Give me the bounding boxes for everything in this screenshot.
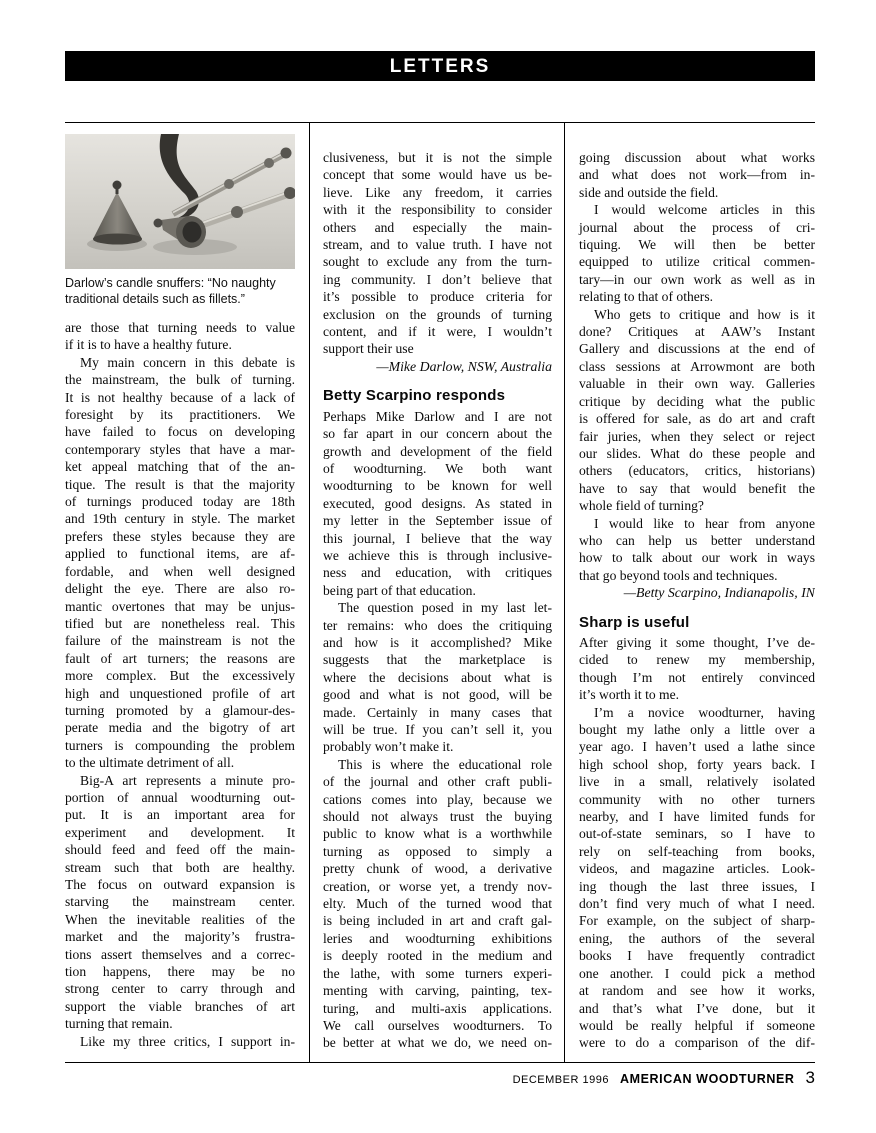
text-line: tique. The result is that the majority [65, 476, 295, 493]
text-line: will be true. If you can’t sell it, you [323, 721, 552, 738]
text-line: with it the responsibility to consider [323, 201, 552, 218]
text-line: pretty chunk of wood, a derivative [323, 860, 552, 877]
text-line: my letter in the September issue of [323, 512, 552, 529]
text-line: contemporary styles that have a mar- [65, 441, 295, 458]
text-line: have to say that would benefit the [579, 480, 815, 497]
text-line: experiment and development. It [65, 824, 295, 841]
text-line: others (educators, critics, historians) [579, 462, 815, 479]
text-line: tions assert themselves and a correc- [65, 946, 295, 963]
text-line: growth and development of the field [323, 443, 552, 460]
text-line: side and outside the field. [579, 184, 815, 201]
text-line: I would like to hear from anyone [579, 515, 815, 532]
column-1: Darlow’s candle snuffers: “No naughty tr… [65, 123, 309, 1062]
text-line: should not always trust the buying [323, 808, 552, 825]
photo-caption: Darlow’s candle snuffers: “No naughty tr… [65, 276, 295, 307]
footer-magazine: AMERICAN WOODTURNER [620, 1072, 795, 1086]
text-line: ness and education, with critiques [323, 564, 552, 581]
text-line: fair juries, when they select or reject [579, 428, 815, 445]
text-line: the lathe, with some turners experi- [323, 965, 552, 982]
text-line: For example, on the subject of sharp- [579, 912, 815, 929]
text-line: our slides. What do these people and [579, 445, 815, 462]
text-line: lieve. Like any freedom, it carries [323, 184, 552, 201]
text-line: so far apart in our concern about the [323, 425, 552, 442]
letter-signature: —Mike Darlow, NSW, Australia [323, 358, 552, 375]
text-line: turning promoted by a glamour-des- [65, 702, 295, 719]
text-line: delight the eye. There are also ro- [65, 580, 295, 597]
text-line: is offered for sale, as do art and craft [579, 410, 815, 427]
text-line: Like my three critics, I support in- [65, 1033, 295, 1050]
text-line: starving the mainstream center. [65, 893, 295, 910]
text-line: When the inevitable realities of the [65, 911, 295, 928]
text-line: high school shop, forty years back. I [579, 756, 815, 773]
text-line: though I’m not entirely convinced [579, 669, 815, 686]
text-line: be better at what we do, we need on- [323, 1034, 552, 1051]
text-line: stream, and to value truth. I have not [323, 236, 552, 253]
text-line: turners is compounding the problem [65, 737, 295, 754]
text-line: tified but are nonetheless real. This [65, 615, 295, 632]
text-line: executed, good designs. As stated in [323, 495, 552, 512]
text-line: sought to exclude any from the turn- [323, 253, 552, 270]
text-line: turning that remain. [65, 1015, 295, 1032]
text-line: relating to that of others. [579, 288, 815, 305]
text-line: Perhaps Mike Darlow and I are not [323, 408, 552, 425]
text-line: concept that some would have us be- [323, 166, 552, 183]
text-line: menting with carving, painting, tex- [323, 982, 552, 999]
text-line: leries and woodturning exhibitions [323, 930, 552, 947]
text-line: class sessions at Arrowmont are both [579, 358, 815, 375]
text-line: how to talk about our work in ways [579, 549, 815, 566]
text-line: would be really helpful if someone [579, 1017, 815, 1034]
text-line: the mainstream, the bulk of turning. [65, 371, 295, 388]
text-line: This is where the educational role [323, 756, 552, 773]
text-line: It is not healthy because of a lack of [65, 389, 295, 406]
text-line: going discussion about what works [579, 149, 815, 166]
text-line: whole field of turning? [579, 497, 815, 514]
letters-content: Darlow’s candle snuffers: “No naughty tr… [65, 122, 815, 1063]
text-line: critique by deciding what the public [579, 393, 815, 410]
text-line: ing though the last three issues, I [579, 878, 815, 895]
text-line: and that’s what I’ve done, but it [579, 1000, 815, 1017]
text-line: were to do a comparison of the dif- [579, 1034, 815, 1051]
text-line: elty. Much of the turned wood that [323, 895, 552, 912]
text-line: who can help us better understand [579, 532, 815, 549]
text-line: rely on self-teaching from books, [579, 843, 815, 860]
text-line: cations comes into play, because we [323, 791, 552, 808]
text-line: if it is to have a healthy future. [65, 336, 295, 353]
text-line: of turnings produced today are 18th [65, 493, 295, 510]
footer-date: DECEMBER 1996 [513, 1074, 609, 1086]
text-line: After giving it some thought, I’ve de- [579, 634, 815, 651]
text-line: good and what is not good, will be [323, 686, 552, 703]
text-line: suggests that the marketplace is [323, 651, 552, 668]
text-line: Who gets to critique and how is it [579, 306, 815, 323]
text-line: turing, and multi-axis applications. [323, 1000, 552, 1017]
text-line: is being included in art and craft gal- [323, 912, 552, 929]
text-line: of the journal and other craft publi- [323, 773, 552, 790]
column-3: going discussion about what worksand wha… [564, 123, 815, 1062]
text-line: prefers these styles because they are [65, 528, 295, 545]
text-line: probably won’t make it. [323, 738, 552, 755]
text-line: tiquing. We will then be better [579, 236, 815, 253]
text-line: foresight by its practitioners. We [65, 406, 295, 423]
text-line: and how is it accomplished? Mike [323, 634, 552, 651]
section-heading: Sharp is useful [579, 614, 815, 631]
text-line: one another. I could pick a method [579, 965, 815, 982]
text-line: are those that turning needs to value [65, 319, 295, 336]
text-line: strong center to carry through and [65, 980, 295, 997]
text-line: stream such that both are healthy. [65, 859, 295, 876]
footer: DECEMBER 1996 AMERICAN WOODTURNER 3 [513, 1068, 815, 1088]
photo-candle-snuffers [65, 134, 295, 269]
text-line: Big-A art represents a minute pro- [65, 772, 295, 789]
text-line: valuable in their own way. Galleries [579, 375, 815, 392]
letter-signature: —Betty Scarpino, Indianapolis, IN [579, 584, 815, 601]
text-line: have failed to focus on developing [65, 423, 295, 440]
text-line: is deeply rooted in the medium and [323, 947, 552, 964]
text-line: videos, and magazine articles. Look- [579, 860, 815, 877]
text-line: I’m a novice woodturner, having [579, 704, 815, 721]
text-line: we achieve this is through inclusive- [323, 547, 552, 564]
text-line: high and unquestioned profile of art [65, 685, 295, 702]
text-line: being part of that education. [323, 582, 552, 599]
footer-page-number: 3 [806, 1068, 815, 1088]
text-line: of woodturning. We both want [323, 460, 552, 477]
text-line: more complex. But the excessively [65, 667, 295, 684]
text-line: it’s possible to produce criteria for [323, 288, 552, 305]
text-line: community with no other turners [579, 791, 815, 808]
text-line: and 19th century in style. The market [65, 510, 295, 527]
text-line: out-of-state seminars, so I have to [579, 825, 815, 842]
text-line: live in a small, relatively isolated [579, 773, 815, 790]
text-line: exclusion on the grounds of turning [323, 306, 552, 323]
text-line: others and especially the main- [323, 219, 552, 236]
text-line: where the decisions about what is [323, 669, 552, 686]
text-line: made. Certainly in many cases that [323, 704, 552, 721]
text-line: journal about the process of cri- [579, 219, 815, 236]
text-line: I would welcome articles in this [579, 201, 815, 218]
text-line: books I have frequently contradict [579, 947, 815, 964]
text-line: ening, the authors of the several [579, 930, 815, 947]
text-line: year ago. I haven’t used a lathe since [579, 738, 815, 755]
text-line: content, and if it were, I wouldn’t [323, 323, 552, 340]
page-title: LETTERS [390, 56, 491, 77]
text-line: creation, or worse yet, a trendy nov- [323, 878, 552, 895]
text-line: and what does not work—from in- [579, 166, 815, 183]
text-line: ing community. I don’t believe that [323, 271, 552, 288]
text-line: mantic overtones that may be unjus- [65, 598, 295, 615]
text-line: turning as opposed to simply a [323, 843, 552, 860]
candle-snuffers-illustration [65, 134, 295, 269]
text-line: ter remains: who does the critiquing [323, 617, 552, 634]
text-line: it’s worth it to me. [579, 686, 815, 703]
text-line: My main concern in this debate is [65, 354, 295, 371]
text-line: cided to renew my membership, [579, 651, 815, 668]
text-line: should feed and feed off the main- [65, 841, 295, 858]
text-line: that go beyond tools and techniques. [579, 567, 815, 584]
text-line: market and the majority’s frustra- [65, 928, 295, 945]
text-line: woodturning to be known for well [323, 477, 552, 494]
text-line: at random and see how it works, [579, 982, 815, 999]
text-line: done? Critiques at AAW’s Instant [579, 323, 815, 340]
text-line: to the ultimate detriment of all. [65, 754, 295, 771]
text-line: clusiveness, but it is not the simple [323, 149, 552, 166]
text-line: support the viable branches of art [65, 998, 295, 1015]
text-line: fault of art turners; the reasons are [65, 650, 295, 667]
text-line: this journal, I believe that the way [323, 530, 552, 547]
text-line: equipped to utilize critical commen- [579, 253, 815, 270]
text-line: The question posed in my last let- [323, 599, 552, 616]
text-line: applied to functional items, are af- [65, 545, 295, 562]
section-heading: Betty Scarpino responds [323, 387, 552, 404]
text-line: tion happens, there may be no [65, 963, 295, 980]
text-line: nearby, and I have limited funds for [579, 808, 815, 825]
text-line: fordable, and when well designed [65, 563, 295, 580]
text-line: ket appeal matching that of the an- [65, 458, 295, 475]
text-line: put. It is an important area for [65, 806, 295, 823]
text-line: don’t find very much of what I need. [579, 895, 815, 912]
text-line: public to know what is a worthwhile [323, 825, 552, 842]
column-2: clusiveness, but it is not the simplecon… [309, 123, 564, 1062]
letters-header-bar: LETTERS [65, 51, 815, 81]
text-line: Gallery and discussions at the end of [579, 340, 815, 357]
text-line: tary—in our own work as well as in [579, 271, 815, 288]
text-line: perate media and the bigotry of art [65, 719, 295, 736]
text-line: support their use [323, 340, 552, 357]
text-line: bought my lathe only a little over a [579, 721, 815, 738]
text-line: portion of annual woodturning out- [65, 789, 295, 806]
text-line: We call ourselves woodturners. To [323, 1017, 552, 1034]
text-line: The focus on outward expansion is [65, 876, 295, 893]
text-line: failure of the mainstream is not the [65, 632, 295, 649]
